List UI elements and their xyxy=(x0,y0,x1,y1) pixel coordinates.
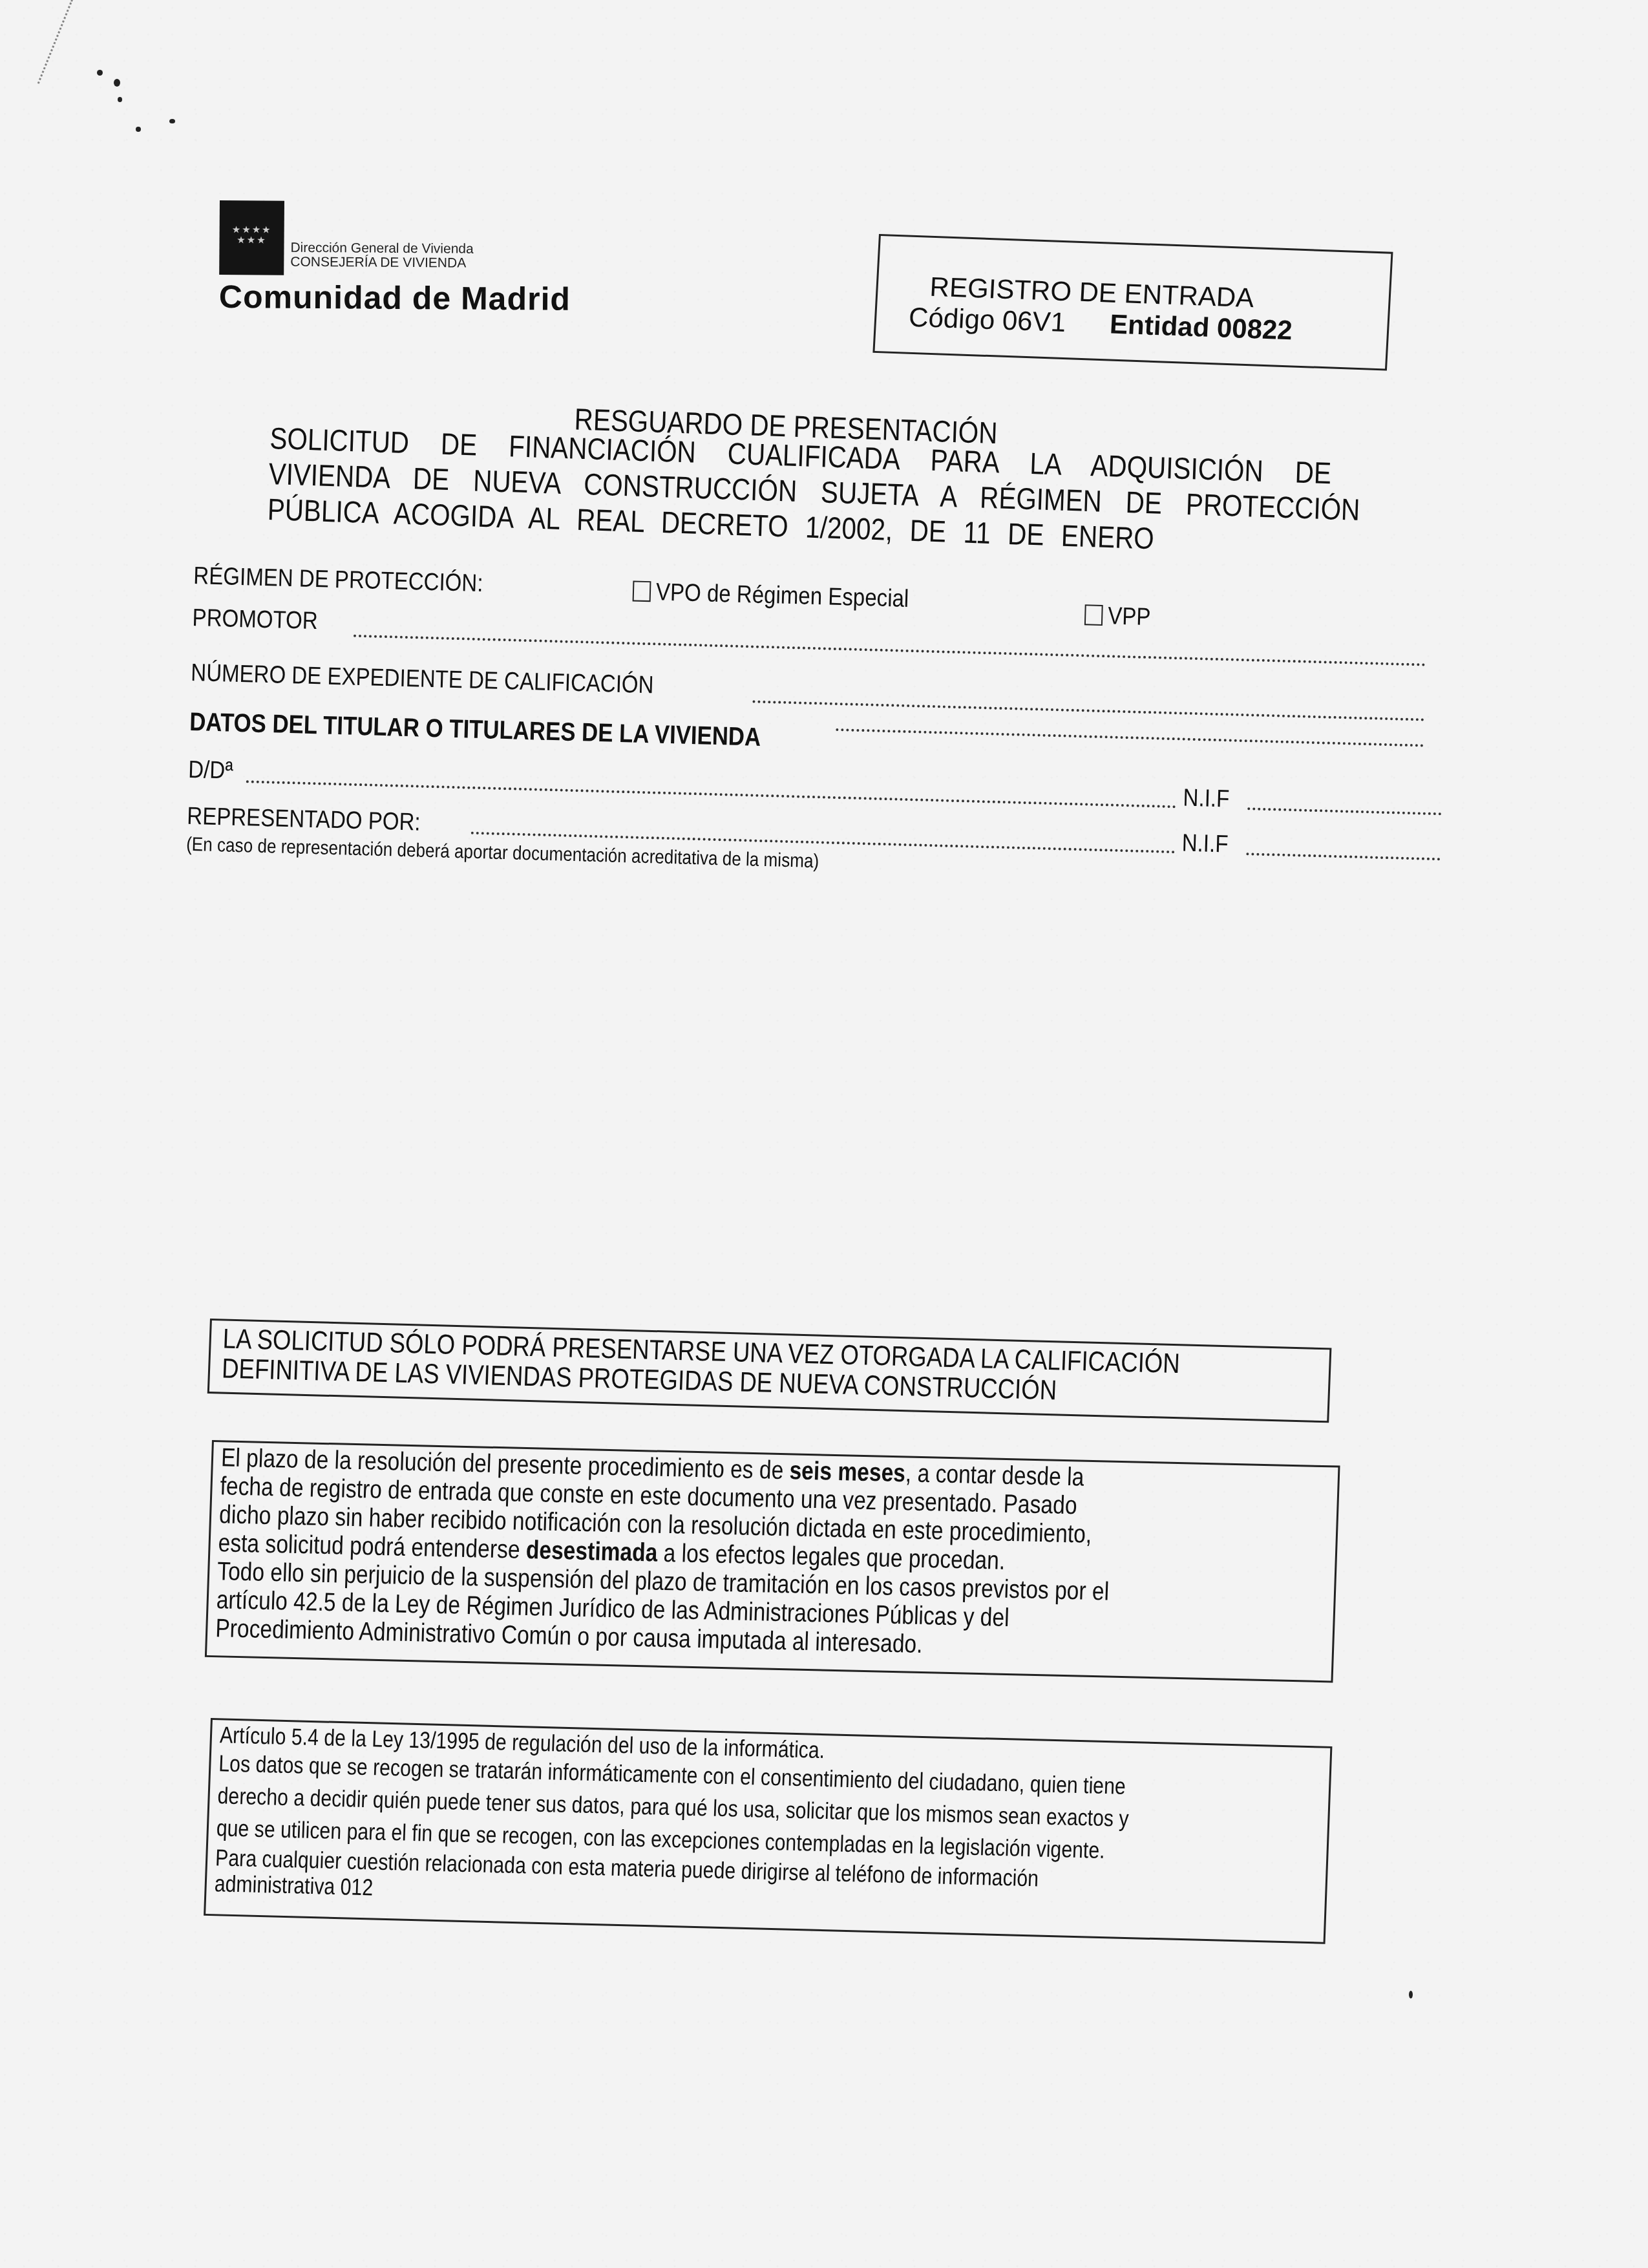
promotor-field[interactable] xyxy=(354,635,1426,666)
expediente-label: NÚMERO DE EXPEDIENTE DE CALIFICACIÓN xyxy=(191,659,654,699)
titular-nif-field[interactable] xyxy=(1247,807,1441,815)
application-form: RÉGIMEN DE PROTECCIÓN: VPO de Régimen Es… xyxy=(194,562,1434,596)
notice-plazo-box: El plazo de la resolución del presente p… xyxy=(205,1440,1340,1682)
vpo-especial-label: VPO de Régimen Especial xyxy=(655,578,909,613)
scanned-page: ★★★★★★★ Dirección General de Vivienda CO… xyxy=(0,0,1648,2268)
codigo-value: 06V1 xyxy=(1002,305,1066,337)
entidad-label: Entidad xyxy=(1109,309,1210,343)
titulares-heading-row: DATOS DEL TITULAR O TITULARES DE LA VIVI… xyxy=(189,708,847,754)
expediente-row: NÚMERO DE EXPEDIENTE DE CALIFICACIÓN xyxy=(191,659,723,701)
scan-speck xyxy=(97,70,103,76)
representado-nif-label: N.I.F xyxy=(1181,830,1229,859)
desestimada-emphasis: desestimada xyxy=(525,1536,658,1567)
vpp-label: VPP xyxy=(1108,602,1151,631)
vpo-especial-checkbox[interactable] xyxy=(633,580,651,602)
titular-row: D/Dª xyxy=(188,756,240,785)
titular-label: D/Dª xyxy=(188,756,233,785)
datos-line-6: administrativa 012 xyxy=(214,1870,374,1901)
scan-speck xyxy=(136,127,141,132)
codigo-label: Código xyxy=(908,302,995,335)
logo-consejeria: CONSEJERÍA DE VIVIENDA xyxy=(290,255,473,271)
madrid-emblem: ★★★★★★★ xyxy=(219,200,284,275)
titulares-heading: DATOS DEL TITULAR O TITULARES DE LA VIVI… xyxy=(189,708,761,752)
representacion-note-row: (En caso de representación deberá aporta… xyxy=(186,834,914,875)
titular-nif-label: N.I.F xyxy=(1183,785,1230,814)
titular-field[interactable] xyxy=(246,780,1177,808)
vpp-checkbox[interactable] xyxy=(1084,604,1103,626)
regimen-label: RÉGIMEN DE PROTECCIÓN: xyxy=(193,562,483,598)
option-vpo-especial[interactable]: VPO de Régimen Especial xyxy=(632,578,947,614)
document-title: RESGUARDO DE PRESENTACIÓN SOLICITUD DE F… xyxy=(271,391,1408,429)
scan-speck xyxy=(169,119,175,123)
scan-scratch-mark xyxy=(37,0,75,85)
seven-stars-icon: ★★★★★★★ xyxy=(220,225,284,246)
option-vpp[interactable]: VPP xyxy=(1084,602,1157,631)
logo-department: Dirección General de Vivienda CONSEJERÍA… xyxy=(290,241,474,271)
representado-nif-row: N.I.F xyxy=(1181,830,1235,859)
scan-speck xyxy=(114,79,120,87)
scan-speck xyxy=(1409,1991,1413,1998)
expediente-field[interactable] xyxy=(752,700,1424,721)
promotor-label: PROMOTOR xyxy=(192,604,318,635)
scan-speck xyxy=(118,97,122,102)
titular-nif-row: N.I.F xyxy=(1183,785,1236,814)
seis-meses-emphasis: seis meses xyxy=(789,1456,906,1487)
promotor-row: PROMOTOR xyxy=(192,604,337,636)
registro-entrada-stamp: REGISTRO DE ENTRADA Código 06V1 Entidad … xyxy=(872,234,1393,371)
representado-label: REPRESENTADO POR: xyxy=(187,803,421,837)
notice-calificacion-box: LA SOLICITUD SÓLO PODRÁ PRESENTARSE UNA … xyxy=(207,1319,1332,1423)
regimen-row: RÉGIMEN DE PROTECCIÓN: xyxy=(193,562,527,599)
logo-org-name: Comunidad de Madrid xyxy=(219,278,571,318)
notice-datos-box: Artículo 5.4 de la Ley 13/1995 de regula… xyxy=(204,1718,1332,1944)
expediente-field-continued xyxy=(836,728,1424,747)
representado-row: REPRESENTADO POR: xyxy=(187,803,456,838)
entidad-value: 00822 xyxy=(1216,312,1293,345)
representado-nif-field[interactable] xyxy=(1246,853,1440,860)
